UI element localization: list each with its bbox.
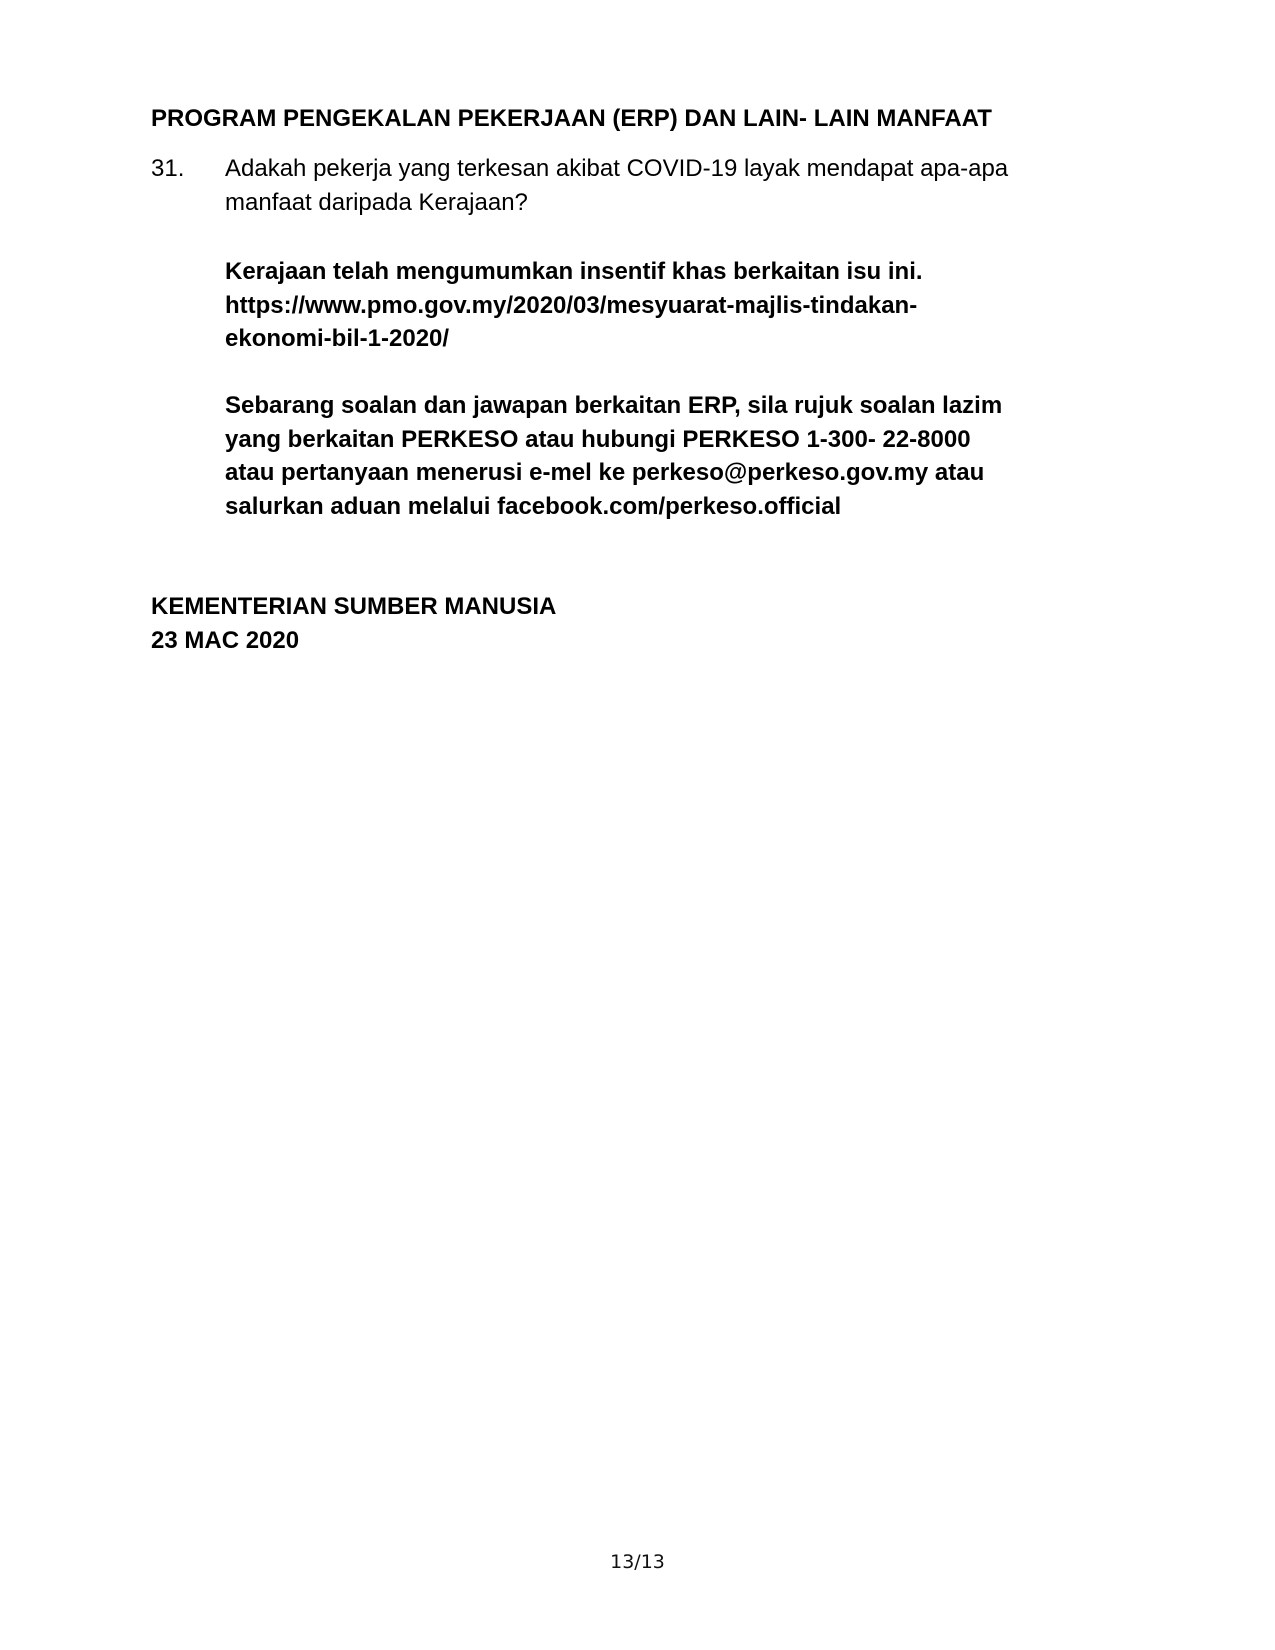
answer-text-line: Sebarang soalan dan jawapan berkaitan ER…	[225, 392, 1002, 420]
question-number: 31.	[151, 155, 184, 183]
question-text-line-2: manfaat daripada Kerajaan?	[225, 189, 528, 217]
answer-text-line: Kerajaan telah mengumumkan insentif khas…	[225, 258, 923, 286]
answer-text-line: yang berkaitan PERKESO atau hubungi PERK…	[225, 426, 971, 454]
document-page: PROGRAM PENGEKALAN PEKERJAAN (ERP) DAN L…	[0, 0, 1275, 1650]
question-text-line-1: Adakah pekerja yang terkesan akibat COVI…	[225, 155, 1008, 183]
answer-text-line: atau pertanyaan menerusi e-mel ke perkes…	[225, 459, 984, 487]
ministry-name: KEMENTERIAN SUMBER MANUSIA	[151, 593, 556, 621]
document-date: 23 MAC 2020	[151, 627, 299, 655]
section-heading: PROGRAM PENGEKALAN PEKERJAAN (ERP) DAN L…	[151, 105, 992, 133]
page-number: 13/13	[0, 1550, 1275, 1574]
answer-link-line[interactable]: https://www.pmo.gov.my/2020/03/mesyuarat…	[225, 292, 917, 320]
answer-text-line: salurkan aduan melalui facebook.com/perk…	[225, 493, 841, 521]
answer-link-line[interactable]: ekonomi-bil-1-2020/	[225, 325, 449, 353]
